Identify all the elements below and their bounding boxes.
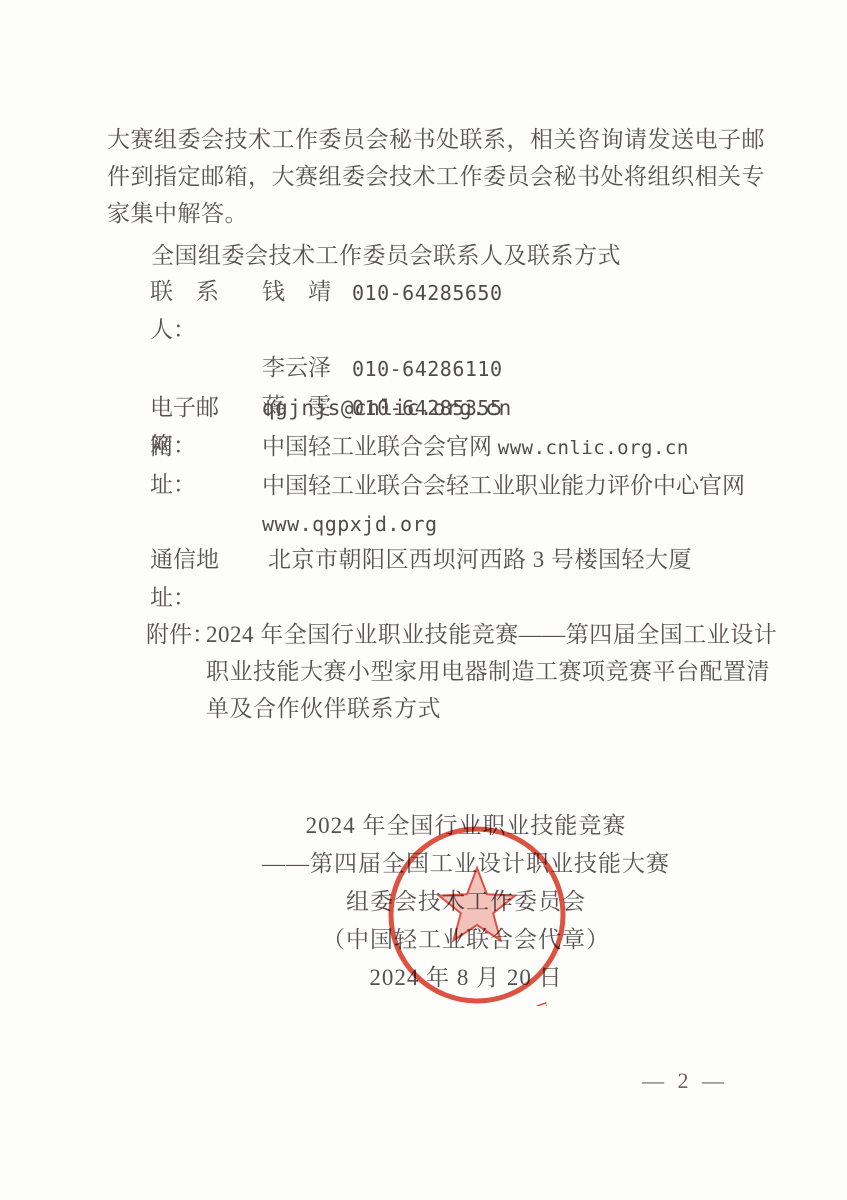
attachment-line: 职业技能大赛小型家用电器制造工赛项竞赛平台配置清 [206, 653, 751, 690]
contact-name: 李云泽 [262, 349, 352, 388]
document-page: 大赛组委会技术工作委员会秘书处联系，相关咨询请发送电子邮 件到指定邮箱，大赛组委… [0, 0, 847, 1200]
website-line: 中国轻工业联合会官网 www.cnlic.org.cn [262, 428, 745, 467]
website-url: www.qgpxjd.org [262, 505, 745, 543]
contact-phone: 010-64285650 [352, 273, 503, 349]
website-values: 中国轻工业联合会官网 www.cnlic.org.cn 中国轻工业联合会轻工业职… [262, 428, 745, 543]
website-line: 中国轻工业联合会轻工业职业能力评价中心官网 [262, 467, 745, 505]
body-paragraph: 大赛组委会技术工作委员会秘书处联系，相关咨询请发送电子邮 件到指定邮箱，大赛组委… [107, 121, 752, 232]
contact-row: 李云泽 010-64286110 [150, 349, 503, 388]
contact-row: 联 系 人： 钱 靖 010-64285650 [150, 273, 503, 349]
attachment-line: 2024 年全国行业职业技能竞赛——第四届全国工业设计 [206, 616, 751, 653]
address-row: 通信地址： 北京市朝阳区西坝河西路 3 号楼国轻大厦 [150, 541, 692, 617]
seal-star-icon [439, 868, 515, 940]
attachment-label: 附件： [146, 616, 215, 653]
page-number: — 2 — [642, 1068, 728, 1094]
contact-phone: 010-64286110 [352, 349, 503, 388]
paragraph-line: 件到指定邮箱，大赛组委会技术工作委员会秘书处将组织相关专 [107, 158, 752, 195]
address-label: 通信地址： [150, 541, 262, 617]
website-label: 网 址： [150, 428, 262, 543]
contact-section-heading: 全国组委会技术工作委员会联系人及联系方式 [151, 237, 621, 274]
paragraph-line: 家集中解答。 [107, 195, 752, 232]
paragraph-line: 大赛组委会技术工作委员会秘书处联系，相关咨询请发送电子邮 [107, 121, 752, 158]
attachment-line: 单及合作伙伴联系方式 [206, 690, 751, 727]
attachment-lines: 2024 年全国行业职业技能竞赛——第四届全国工业设计 职业技能大赛小型家用电器… [206, 616, 751, 727]
website-url: www.cnlic.org.cn [498, 437, 689, 459]
website-row: 网 址： 中国轻工业联合会官网 www.cnlic.org.cn 中国轻工业联合… [150, 428, 745, 543]
official-seal: 中国轻工业联合会 [386, 824, 568, 1006]
website-site-name: 中国轻工业联合会官网 [262, 434, 498, 459]
contact-label: 联 系 人： [150, 273, 262, 349]
contact-name: 钱 靖 [262, 273, 352, 349]
address-value: 北京市朝阳区西坝河西路 3 号楼国轻大厦 [262, 541, 692, 617]
